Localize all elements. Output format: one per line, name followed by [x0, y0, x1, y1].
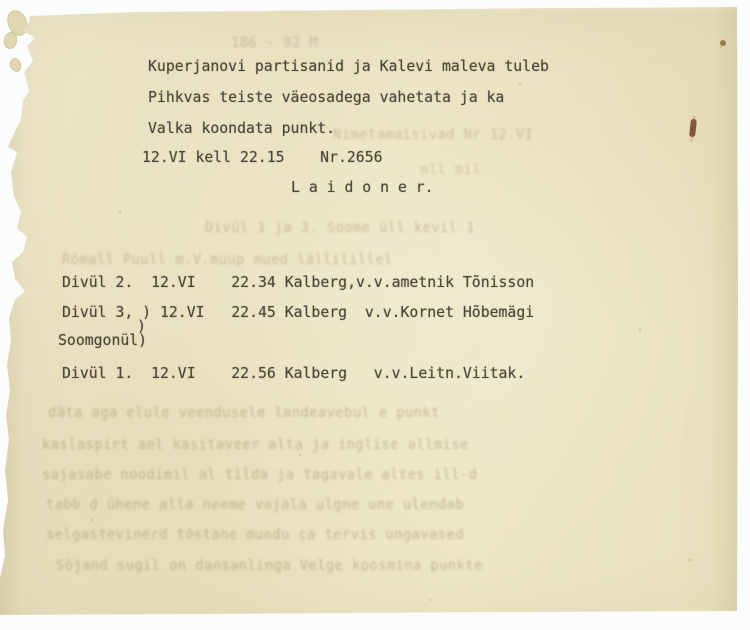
telegram-body-line-2: Pihkvas teiste väeosadega vahetata ja ka: [148, 90, 504, 106]
bleed-through-line: kaslaspirt ael kasitaveer alta ja inglis…: [42, 438, 469, 453]
telegram-body-line-1: Kuperjanovi partisanid ja Kalevi maleva …: [148, 59, 549, 75]
distribution-row-divul-3: Divül 3, ) 12.VI 22.45 Kalberg v.v.Korne…: [62, 305, 534, 321]
bleed-through-line: tabb d ühene alla neeme vajala ulgne une…: [46, 498, 464, 513]
ink-tear-mark: [689, 119, 697, 138]
signature-laidoner: L a i d o n e r.: [291, 180, 434, 196]
bleed-through-line: Divül 1 ja 3. Soome üll kevil 1: [205, 221, 475, 236]
bleed-through-line: däta aga elule veendusele landeavebul e …: [48, 406, 440, 421]
telegram-body-line-3: Valka koondata punkt.: [148, 121, 335, 137]
telegram-date-number-line: 12.VI kell 22.15 Nr.2656: [142, 150, 383, 166]
bleed-through-line: Nimetamaisivad Nr 12.VI: [333, 128, 533, 143]
bleed-through-line: mll mil: [420, 163, 481, 178]
bleed-through-line: sajasabe noodimil al tilda ja tagavale a…: [42, 468, 477, 483]
document-page: 186 - 92 M Nimetamaisivad Nr 12.VI mll m…: [0, 0, 750, 630]
bleed-through-line: 186 - 92 M: [231, 36, 318, 51]
bleed-through-line: selgastevinerd tõstane mundu ca tervis u…: [46, 528, 464, 543]
distribution-row-soomgonul: Soomgonül): [58, 333, 147, 349]
distribution-row-divul-1: Divül 1. 12.VI 22.56 Kalberg v.v.Leitn.V…: [62, 366, 525, 382]
bleed-through-line: Sõjand sugil on dansanlinga Velge koosmi…: [56, 559, 483, 574]
stain-dot: [720, 40, 726, 46]
torn-paper-fragment: [8, 57, 23, 74]
bleed-through-line: Rõmall Puull m.V.muup mued lällilillel: [62, 253, 393, 268]
distribution-row-divul-2: Divül 2. 12.VI 22.34 Kalberg,v.v.ametnik…: [62, 275, 534, 291]
scan-background: 186 - 92 M Nimetamaisivad Nr 12.VI mll m…: [0, 0, 750, 630]
